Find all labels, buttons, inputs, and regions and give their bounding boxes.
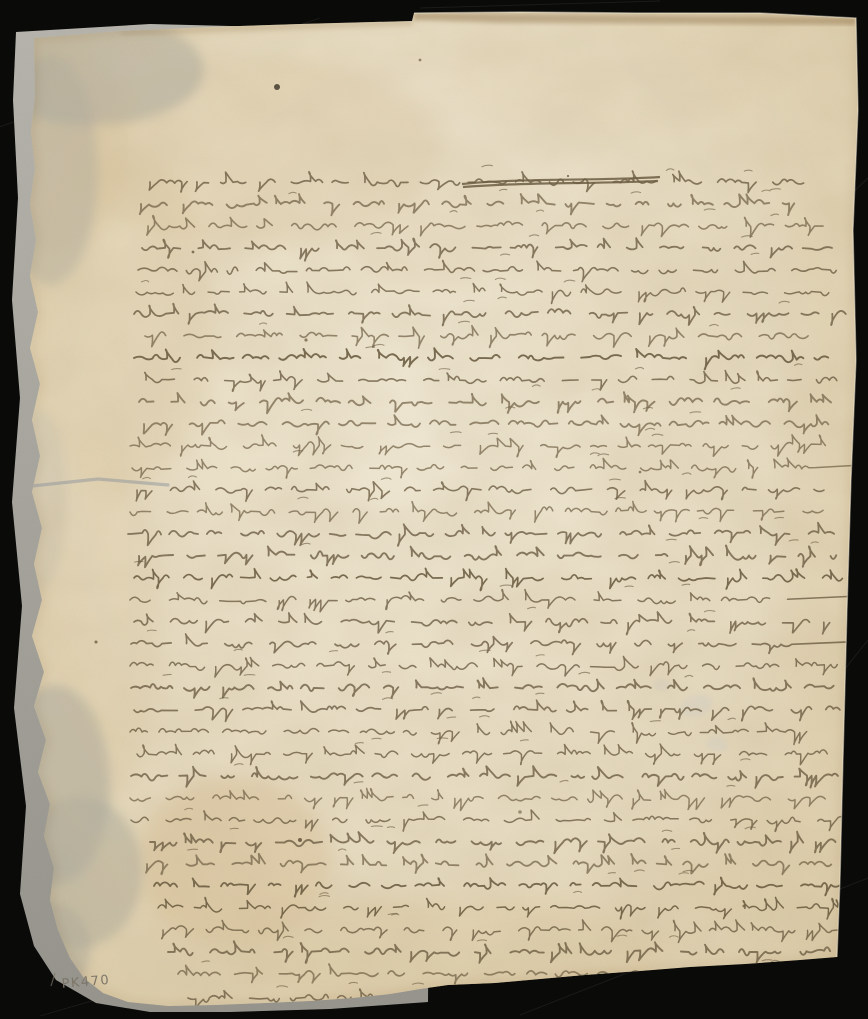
abbreviation-mark: [625, 586, 633, 587]
ink-speck: [419, 59, 422, 62]
edge-vignette: [30, 12, 858, 1006]
ink-speck: [518, 810, 522, 814]
ink-speck: [304, 338, 307, 341]
ink-speck: [567, 175, 569, 177]
ink-speck: [95, 641, 98, 644]
ink-speck: [192, 251, 195, 254]
abbreviation-mark: [135, 561, 143, 562]
abbreviation-mark: [371, 826, 382, 827]
ink-speck: [274, 84, 280, 90]
abbreviation-mark: [437, 738, 448, 739]
manuscript-photo-svg: PK470: [0, 0, 868, 1019]
manuscript-photograph: PK470: [0, 0, 868, 1019]
ink-speck: [639, 471, 642, 474]
ink-speck: [298, 838, 302, 842]
